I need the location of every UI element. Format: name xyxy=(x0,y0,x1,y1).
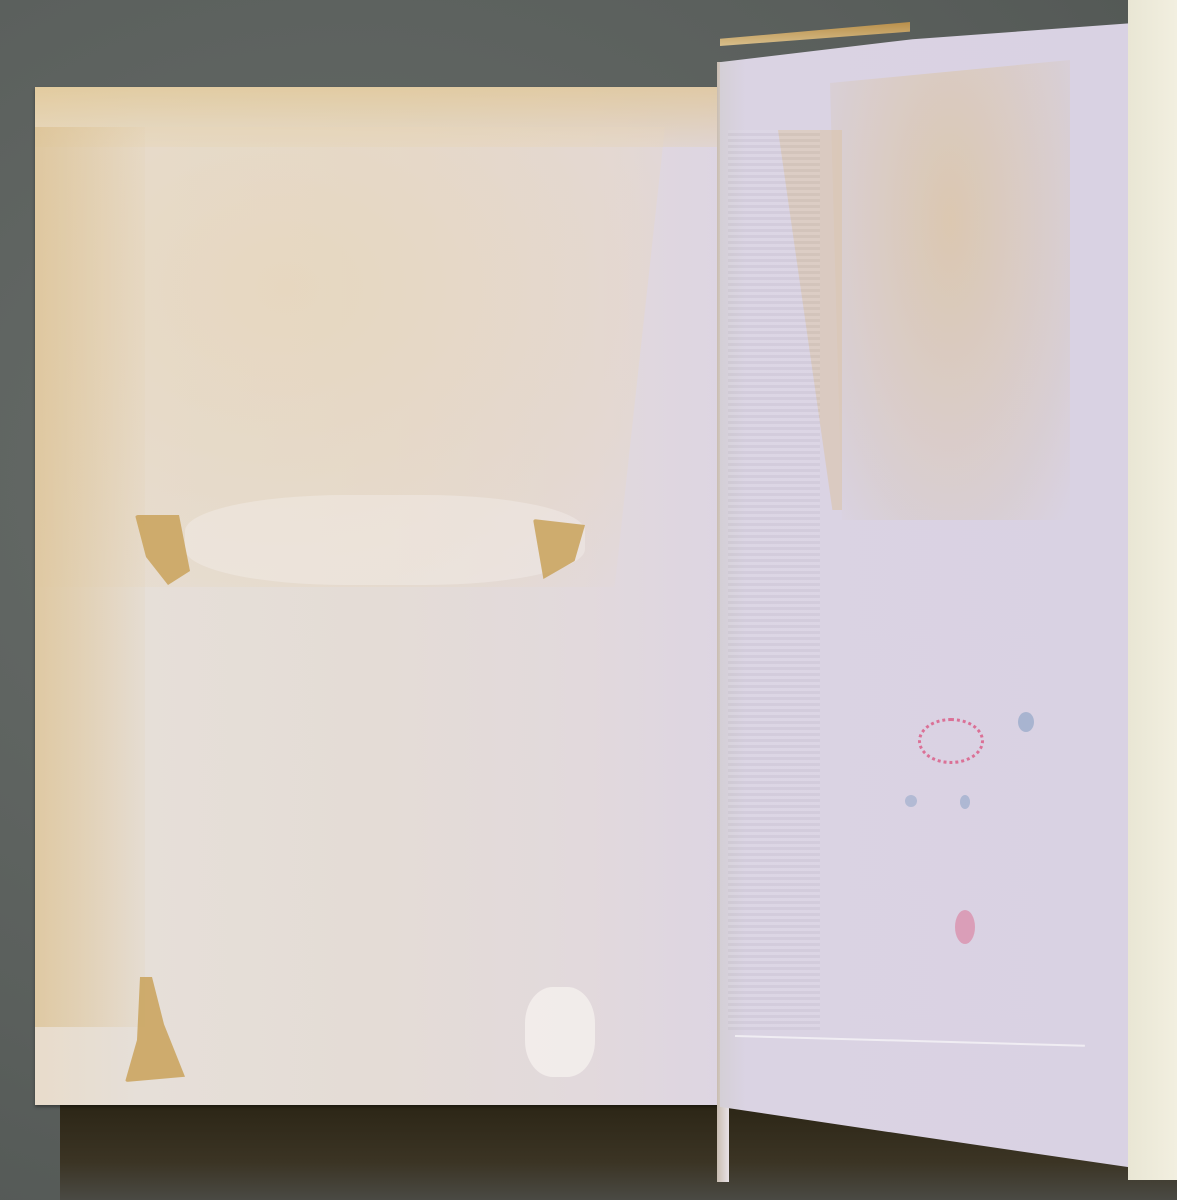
lower-scuff xyxy=(525,987,595,1077)
tape-removal-scuff xyxy=(185,495,585,585)
cover-edge xyxy=(1128,0,1177,1180)
left-margin-foxing xyxy=(35,127,145,1027)
pink-ink-mark xyxy=(918,718,984,764)
pink-ink-smudge xyxy=(955,910,975,944)
pastedown-stain xyxy=(830,60,1070,520)
blue-ink-dot xyxy=(905,795,917,807)
blue-ink-dot xyxy=(960,795,970,809)
board-top-edge-stain xyxy=(720,22,910,46)
blue-ink-dot xyxy=(1018,712,1034,732)
hinge-strip xyxy=(728,130,820,1030)
left-endpaper xyxy=(35,87,722,1105)
